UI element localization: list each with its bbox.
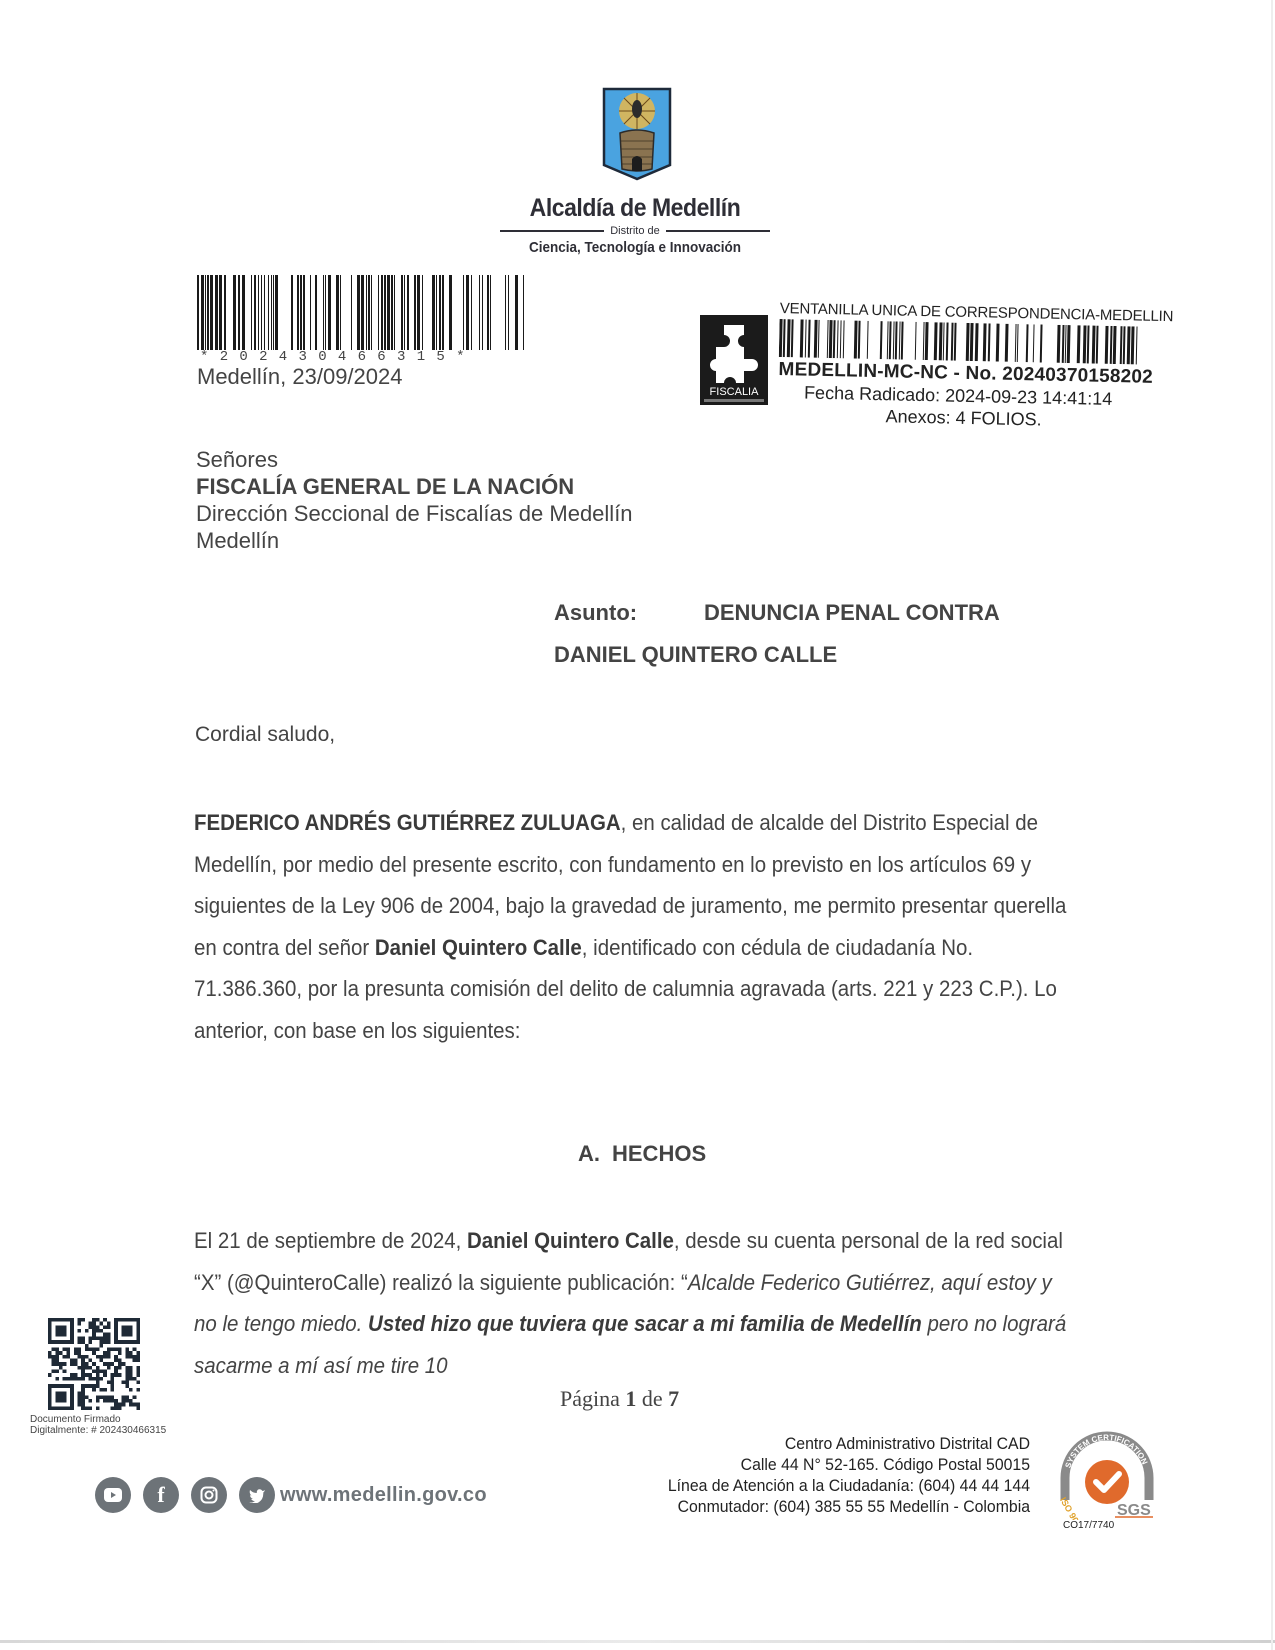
- addressee-city: Medellín: [196, 527, 633, 554]
- radicado-stamp: VENTANILLA UNICA DE CORRESPONDENCIA-MEDE…: [777, 300, 1190, 434]
- org-name: Alcaldía de Medellín: [511, 194, 759, 223]
- addressee-department: Dirección Seccional de Fiscalías de Mede…: [196, 500, 633, 527]
- footer-address-line: Centro Administrativo Distrital CAD: [593, 1433, 1030, 1454]
- subject-line-2: DANIEL QUINTERO CALLE: [554, 642, 837, 668]
- puzzle-piece-icon: FISCALIA: [700, 315, 768, 405]
- footer-address-line: Conmutador: (604) 385 55 55 Medellín - C…: [593, 1496, 1030, 1517]
- section-title: HECHOS: [612, 1141, 706, 1166]
- accused-name: Daniel Quintero Calle: [467, 1228, 674, 1253]
- divider: [666, 230, 770, 232]
- certification-code: CO17/7740: [1063, 1520, 1114, 1531]
- signature-caption-2: Digitalmente: # 202430466315: [30, 1425, 166, 1436]
- place-date: Medellín, 23/09/2024: [197, 364, 403, 390]
- svg-text:FISCALIA: FISCALIA: [710, 386, 760, 398]
- subject-label: Asunto:: [554, 600, 704, 626]
- section-heading-hechos: A.HECHOS: [578, 1141, 706, 1167]
- document-barcode: [197, 275, 527, 350]
- addressee-entity: FISCALÍA GENERAL DE LA NACIÓN: [196, 473, 633, 500]
- scan-edge: [0, 1640, 1275, 1643]
- hechos-text-a: El 21 de septiembre de 2024,: [194, 1228, 467, 1253]
- scan-edge: [1271, 0, 1273, 1650]
- signature-qr-code[interactable]: [48, 1318, 140, 1410]
- sgs-iso-certification-badge: SYSTEM CERTIFICATION ISO 9001 SGS: [1055, 1420, 1160, 1520]
- page-number: Página 1 de 7: [560, 1386, 679, 1412]
- paragraph-intro: FEDERICO ANDRÉS GUTIÉRREZ ZULUAGA, en ca…: [194, 802, 1074, 1051]
- radicado-barcode: [779, 319, 1140, 365]
- subject-line-1: Asunto:DENUNCIA PENAL CONTRA: [554, 600, 1000, 626]
- barcode-digits: *202430466315*: [200, 349, 525, 365]
- signature-caption: Documento Firmado Digitalmente: # 202430…: [30, 1414, 166, 1436]
- greeting: Cordial saludo,: [195, 723, 335, 747]
- signature-caption-1: Documento Firmado: [30, 1414, 166, 1425]
- org-sub: Distrito de: [500, 225, 770, 237]
- addressee-block: Señores FISCALÍA GENERAL DE LA NACIÓN Di…: [196, 446, 633, 554]
- instagram-icon[interactable]: [191, 1477, 227, 1513]
- footer-address-line: Calle 44 N° 52-165. Código Postal 50015: [593, 1454, 1030, 1475]
- subject-text-1: DENUNCIA PENAL CONTRA: [704, 600, 1000, 625]
- footer-address: Centro Administrativo Distrital CAD Call…: [593, 1433, 1030, 1517]
- youtube-icon[interactable]: [95, 1477, 131, 1513]
- org-wordmark: Alcaldía de Medellín Distrito de Ciencia…: [500, 194, 770, 256]
- medellin-crest-icon: [602, 87, 672, 187]
- page-total: 7: [668, 1386, 679, 1411]
- salutation: Señores: [196, 446, 633, 473]
- paragraph-hechos: El 21 de septiembre de 2024, Daniel Quin…: [194, 1220, 1074, 1386]
- website-link[interactable]: www.medellin.gov.co: [280, 1484, 487, 1507]
- twitter-icon[interactable]: [239, 1477, 275, 1513]
- fiscalia-logo: FISCALIA: [700, 315, 768, 405]
- divider: [500, 230, 604, 232]
- complainant-name: FEDERICO ANDRÉS GUTIÉRREZ ZULUAGA: [194, 810, 621, 835]
- quote-bold-italic: Usted hizo que tuviera que sacar a mi fa…: [368, 1311, 922, 1336]
- page-current: 1: [625, 1386, 636, 1411]
- footer-address-line: Línea de Atención a la Ciudadanía: (604)…: [593, 1475, 1030, 1496]
- social-links: f: [95, 1477, 275, 1513]
- page-prefix: Página: [560, 1386, 625, 1411]
- org-sub-text: Distrito de: [610, 225, 660, 237]
- svg-text:ISO 9001: ISO 9001: [1058, 1496, 1086, 1520]
- org-tagline: Ciencia, Tecnología e Innovación: [514, 239, 757, 256]
- section-number: A.: [578, 1141, 600, 1166]
- facebook-icon[interactable]: f: [143, 1477, 179, 1513]
- accused-name: Daniel Quintero Calle: [375, 935, 582, 960]
- page-middle: de: [636, 1386, 668, 1411]
